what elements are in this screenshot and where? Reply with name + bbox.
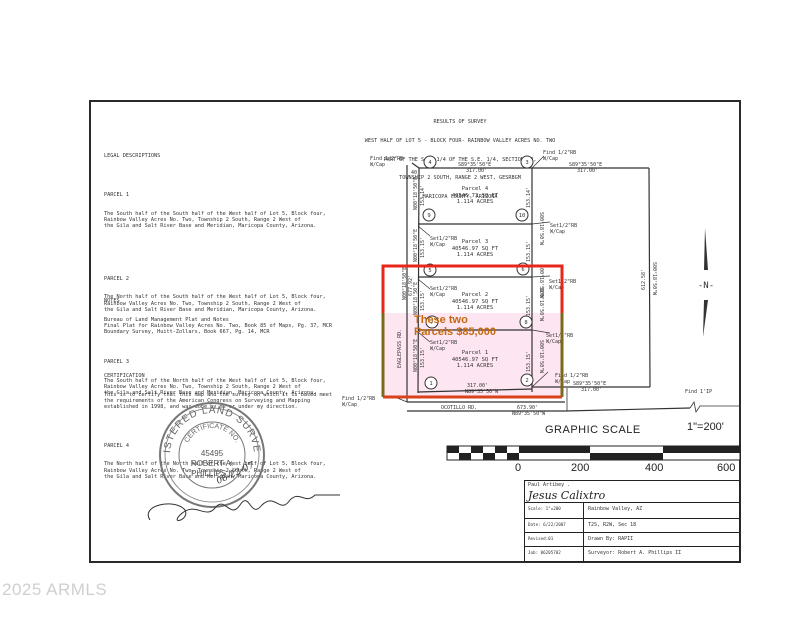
svg-text:153.15': 153.15'	[526, 241, 532, 262]
svg-text:9: 9	[427, 213, 430, 219]
price-annotation: These two Parcels $85,000	[414, 314, 496, 338]
svg-text:1.114 ACRES: 1.114 ACRES	[457, 305, 493, 311]
svg-text:1.114 ACRES: 1.114 ACRES	[457, 252, 493, 258]
svg-text:ROBERT A.: ROBERT A.	[191, 459, 233, 468]
svg-text:153.14': 153.14'	[420, 185, 426, 206]
svg-text:W/Cap: W/Cap	[342, 402, 357, 408]
svg-text:Parcel 4: Parcel 4	[462, 186, 489, 192]
svg-text:6: 6	[521, 267, 524, 273]
svg-text:153.14': 153.14'	[526, 187, 532, 208]
svg-text:677.92': 677.92'	[408, 275, 414, 296]
title-block-row: Job: 06205702 Surveyor: Robert A. Philli…	[525, 546, 739, 563]
svg-text:153.15': 153.15'	[420, 347, 426, 368]
svg-text:W/Cap: W/Cap	[430, 346, 445, 352]
svg-text:1: 1	[429, 381, 432, 387]
svg-text:Parcel 2: Parcel 2	[462, 292, 489, 298]
revised-cell: Revised:01	[528, 536, 553, 541]
svg-text:S00°18'50"W: S00°18'50"W	[538, 212, 544, 246]
svg-text:Parcel 1: Parcel 1	[462, 350, 489, 356]
drawn-by-cell: Drawn By: RAPII	[588, 536, 633, 542]
svg-text:40: 40	[411, 170, 417, 176]
svg-text:1.114 ACRES: 1.114 ACRES	[457, 363, 493, 369]
svg-text:Find 1'IP: Find 1'IP	[685, 389, 712, 395]
svg-text:EAGLEPASS RD.: EAGLEPASS RD.	[397, 329, 403, 368]
svg-text:W/Cap: W/Cap	[546, 339, 561, 345]
svg-text:317.00': 317.00'	[581, 387, 602, 393]
scale-cell: Scale: 1"=200	[528, 506, 561, 511]
graphic-scale-title: GRAPHIC SCALE	[545, 424, 641, 436]
svg-text:W/Cap: W/Cap	[370, 162, 385, 168]
svg-text:612.58': 612.58'	[641, 269, 647, 290]
svg-text:1.114 ACRES: 1.114 ACRES	[457, 199, 493, 205]
svg-text:CERTIFICATE NO.: CERTIFICATE NO.	[183, 423, 240, 444]
location-cell: Rainbow Valley, AZ	[588, 506, 642, 512]
svg-text:W/Cap: W/Cap	[430, 292, 445, 298]
job-cell: Job: 06205702	[528, 550, 561, 555]
svg-text:N00°18'50"E: N00°18'50"E	[413, 339, 419, 372]
svg-text:317.00': 317.00'	[466, 168, 487, 174]
svg-text:8: 8	[524, 320, 527, 326]
svg-text:317.00': 317.00'	[577, 168, 598, 174]
svg-text:S00°18'50"W: S00°18'50"W	[538, 340, 544, 374]
svg-text:REGISTERED LAND SURVEYOR: REGISTERED LAND SURVEYOR	[0, 0, 262, 454]
svg-text:S00°18'50"W: S00°18'50"W	[538, 288, 544, 322]
svg-text:45495: 45495	[201, 449, 224, 458]
title-block-row: Revised:01 Drawn By: RAPII	[525, 532, 739, 547]
svg-text:153.15': 153.15'	[420, 290, 426, 311]
trs-cell: T2S, R2W, Sec 18	[588, 522, 636, 528]
svg-text:W/Cap: W/Cap	[550, 229, 565, 235]
owner-line-2: Jesus Calixtro	[528, 489, 605, 502]
svg-text:3: 3	[525, 160, 528, 166]
svg-text:153.15': 153.15'	[526, 295, 532, 316]
watermark: 2025 ARMLS	[2, 580, 107, 600]
svg-text:153.15': 153.15'	[526, 351, 532, 372]
svg-text:-N-: -N-	[698, 281, 714, 291]
svg-text:153.15': 153.15'	[420, 237, 426, 258]
svg-text:N89°35'50"W: N89°35'50"W	[465, 389, 499, 395]
svg-text:10: 10	[519, 213, 526, 219]
graphic-scale-ratio: 1"=200'	[687, 421, 724, 433]
owner-line-1: Paul Artibey .	[528, 482, 570, 488]
svg-text:S00°18'50"W: S00°18'50"W	[651, 262, 657, 296]
scale-tick: 600	[717, 462, 735, 474]
title-block-row: Date: 6/22/2007 T2S, R2W, Sec 18	[525, 518, 739, 533]
scale-tick: 0	[515, 462, 521, 474]
svg-text:W/Cap: W/Cap	[430, 242, 445, 248]
graphic-scale-bar	[447, 446, 740, 460]
svg-text:N00°18'50"E: N00°18'50"E	[413, 177, 419, 210]
svg-text:N00°18'50"E: N00°18'50"E	[413, 229, 419, 262]
svg-text:5: 5	[428, 268, 431, 274]
surveyor-cell: Surveyor: Robert A. Phillips II	[588, 550, 681, 556]
scale-tick: 200	[571, 462, 589, 474]
svg-text:2: 2	[525, 378, 528, 384]
scale-tick: 400	[645, 462, 663, 474]
svg-text:N89°35'50"W: N89°35'50"W	[512, 411, 546, 417]
title-block-row: Scale: 1"=200 Rainbow Valley, AZ	[525, 502, 739, 519]
date-cell: Date: 6/22/2007	[528, 522, 566, 527]
svg-text:W/Cap: W/Cap	[543, 156, 558, 162]
signature	[148, 495, 340, 520]
svg-text:Parcel 3: Parcel 3	[462, 239, 489, 245]
svg-text:OCOTILLO RD.: OCOTILLO RD.	[441, 405, 477, 411]
